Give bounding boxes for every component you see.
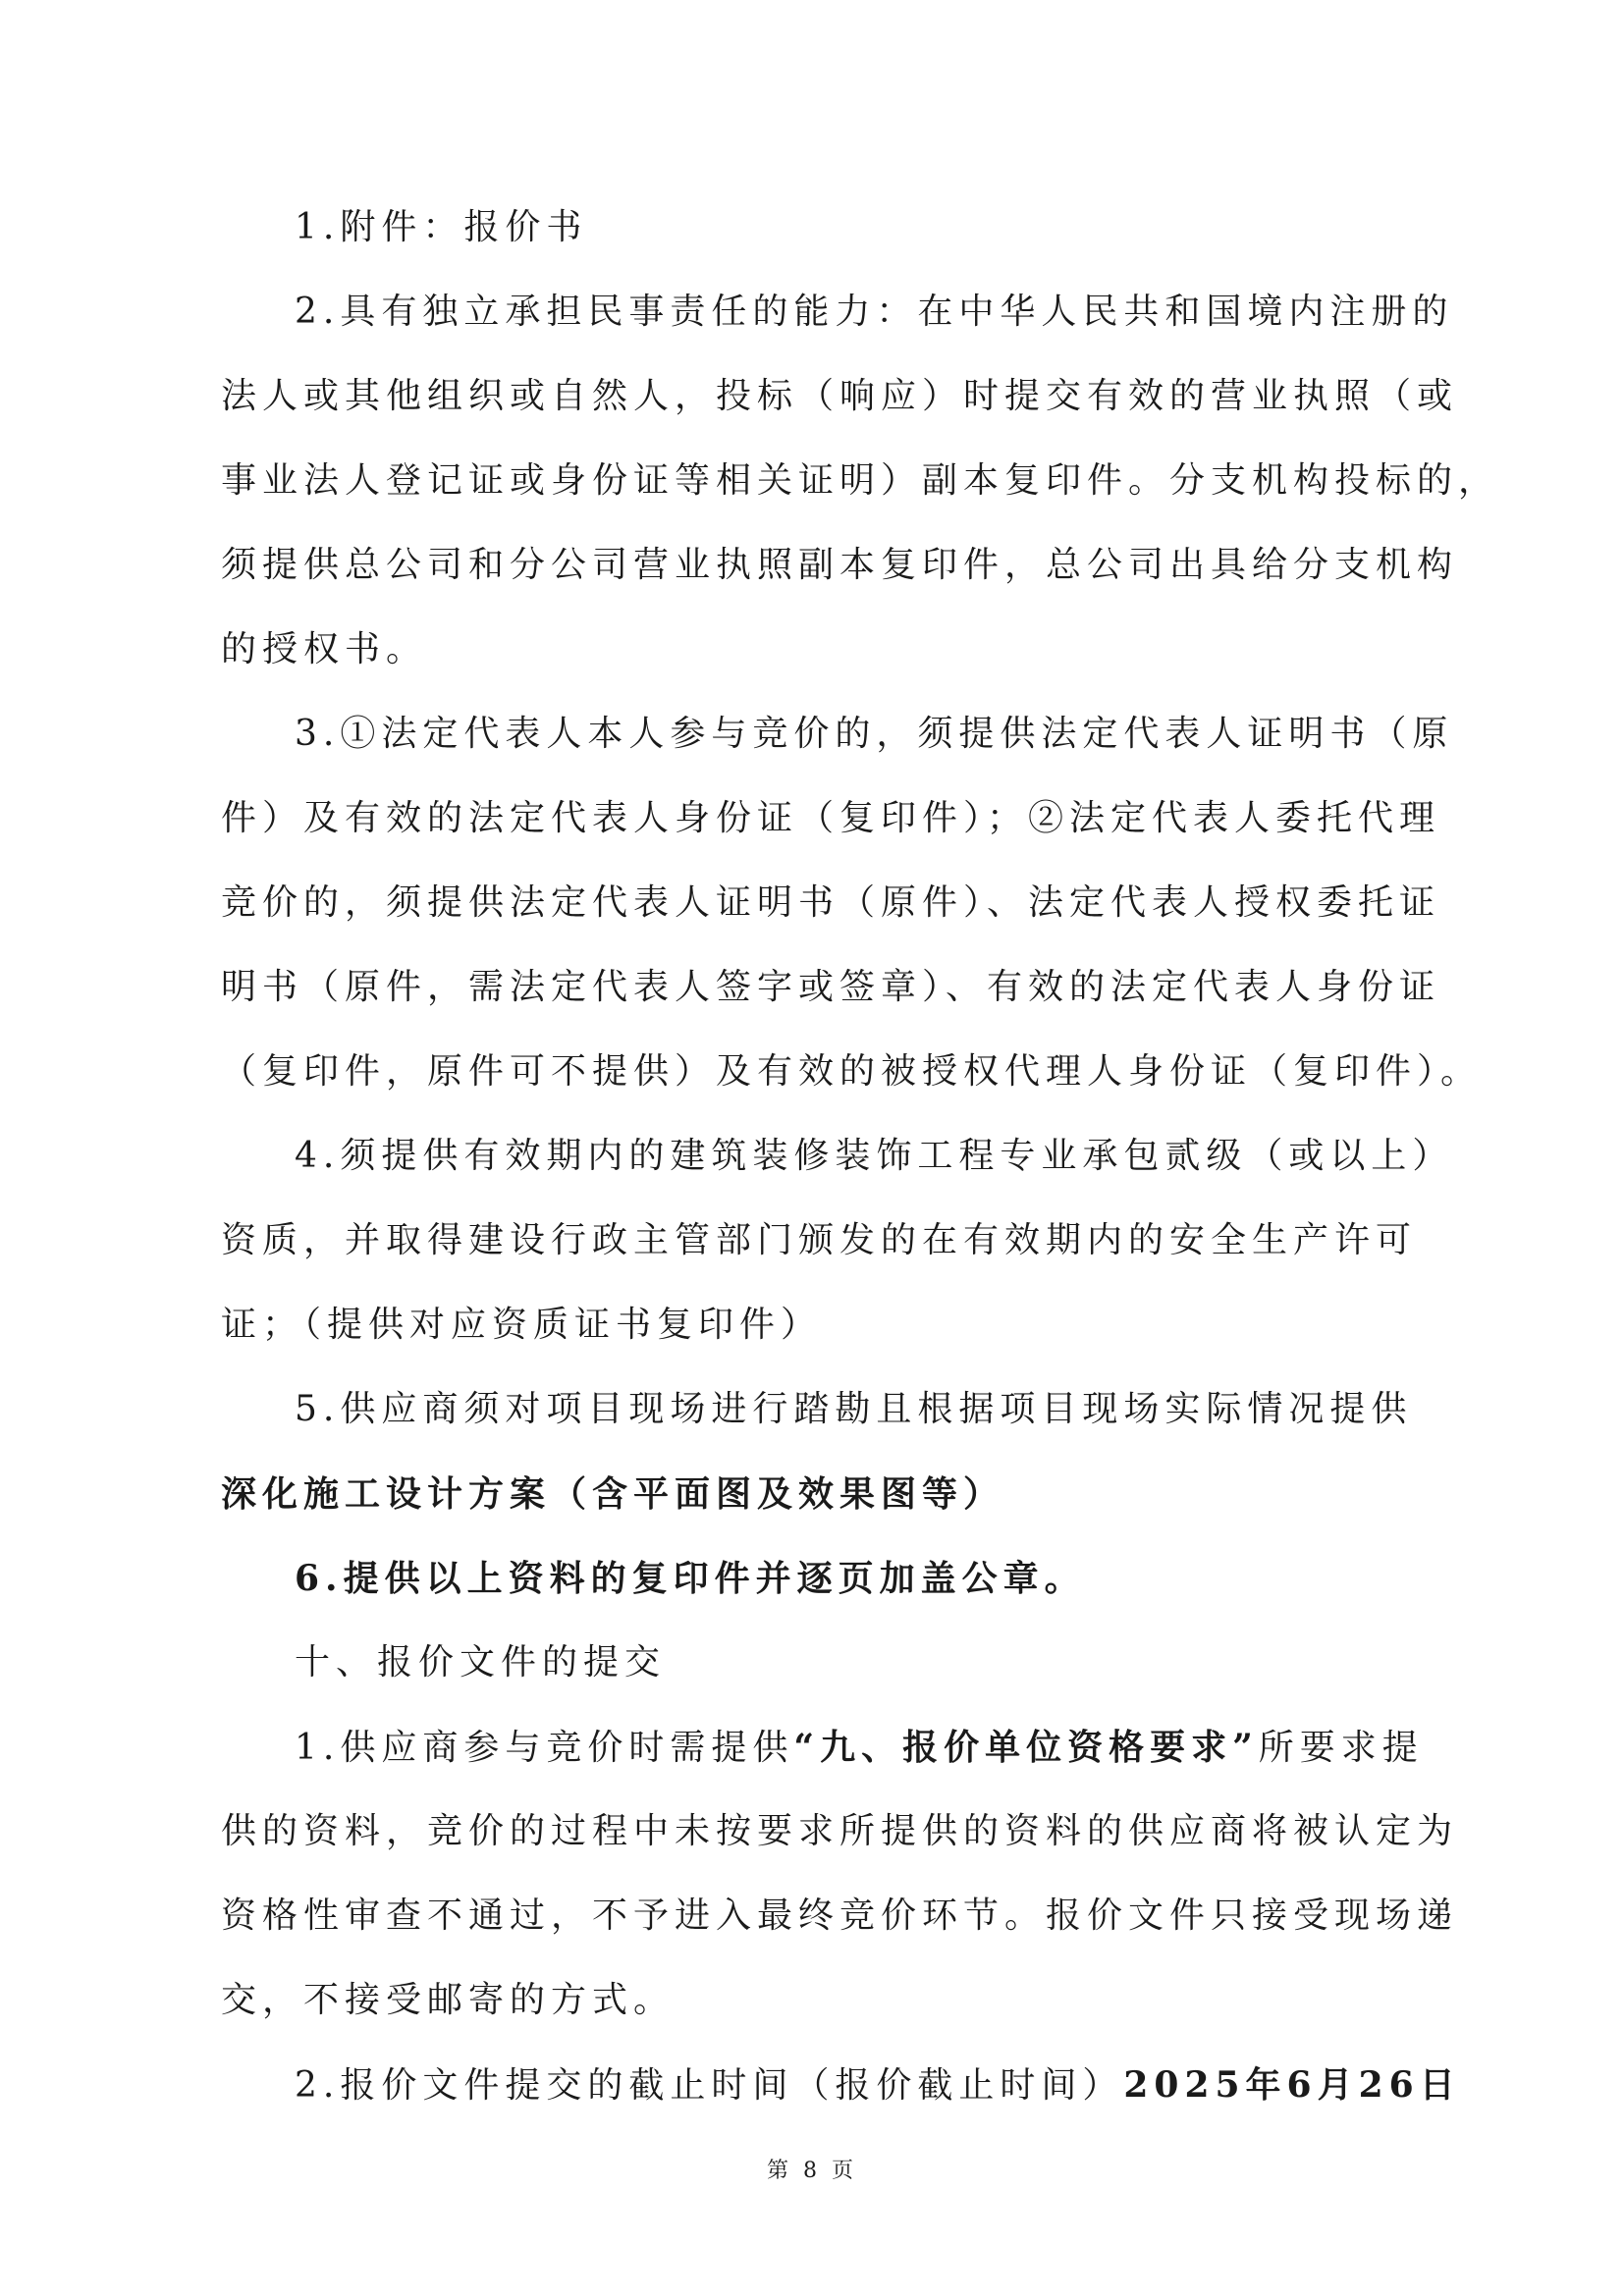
submission-1-text-a: 1.供应商参与竞价时需提供 <box>295 1728 793 1768</box>
item-2-line-2: 法人或其他组织或自然人，投标（响应）时提交有效的营业执照（或 <box>221 375 1360 418</box>
item-2-line-1: 2.具有独立承担民事责任的能力：在中华人民共和国境内注册的 <box>295 291 1360 334</box>
item-3-line-4: 明书（原件，需法定代表人签字或签章）、有效的法定代表人身份证 <box>221 966 1360 1009</box>
submission-1-bold-reference: “九、报价单位资格要求” <box>793 1727 1258 1768</box>
item-3-line-2: 件）及有效的法定代表人身份证（复印件）；②法定代表人委托代理 <box>221 797 1360 840</box>
item-2-line-3: 事业法人登记证或身份证等相关证明）副本复印件。分支机构投标的， <box>221 459 1360 503</box>
submission-1-line-3: 资格性审查不通过，不予进入最终竞价环节。报价文件只接受现场递 <box>221 1895 1360 1938</box>
item-3-line-3: 竞价的，须提供法定代表人证明书（原件）、法定代表人授权委托证 <box>221 881 1360 925</box>
section-10-heading: 十、报价文件的提交 <box>295 1641 1360 1684</box>
item-5-line-1: 5.供应商须对项目现场进行踏勘且根据项目现场实际情况提供 <box>295 1388 1360 1431</box>
submission-2-deadline-date: 2025年6月26日 <box>1123 2064 1460 2106</box>
item-1-attachment: 1.附件：报价书 <box>295 206 1360 249</box>
item-3-line-5: （复印件，原件可不提供）及有效的被授权代理人身份证（复印件）。 <box>221 1050 1360 1094</box>
item-5-line-2-bold: 深化施工设计方案（含平面图及效果图等） <box>221 1472 1360 1516</box>
item-3-line-1: 3.①法定代表人本人参与竞价的，须提供法定代表人证明书（原 <box>295 713 1360 756</box>
submission-1-text-b: 所要求提 <box>1259 1728 1424 1768</box>
submission-2-text: 2.报价文件提交的截止时间（报价截止时间） <box>295 2065 1123 2106</box>
submission-2-line-1: 2.报价文件提交的截止时间（报价截止时间）2025年6月26日 <box>295 2063 1360 2108</box>
item-4-line-1: 4.须提供有效期内的建筑装修装饰工程专业承包贰级（或以上） <box>295 1135 1360 1178</box>
page-number: 第 8 页 <box>0 2158 1624 2185</box>
item-2-line-4: 须提供总公司和分公司营业执照副本复印件，总公司出具给分支机构 <box>221 544 1360 587</box>
item-4-line-2: 资质，并取得建设行政主管部门颁发的在有效期内的安全生产许可 <box>221 1219 1360 1262</box>
submission-1-line-2: 供的资料，竞价的过程中未按要求所提供的资料的供应商将被认定为 <box>221 1810 1360 1853</box>
item-6-bold: 6.提供以上资料的复印件并逐页加盖公章。 <box>295 1557 1360 1600</box>
document-page: 1.附件：报价书 2.具有独立承担民事责任的能力：在中华人民共和国境内注册的 法… <box>0 0 1624 2296</box>
item-2-line-5: 的授权书。 <box>221 628 1360 671</box>
submission-1-line-1: 1.供应商参与竞价时需提供“九、报价单位资格要求”所要求提 <box>295 1726 1360 1770</box>
submission-1-line-4: 交，不接受邮寄的方式。 <box>221 1979 1360 2022</box>
item-4-line-3: 证；（提供对应资质证书复印件） <box>221 1304 1360 1347</box>
